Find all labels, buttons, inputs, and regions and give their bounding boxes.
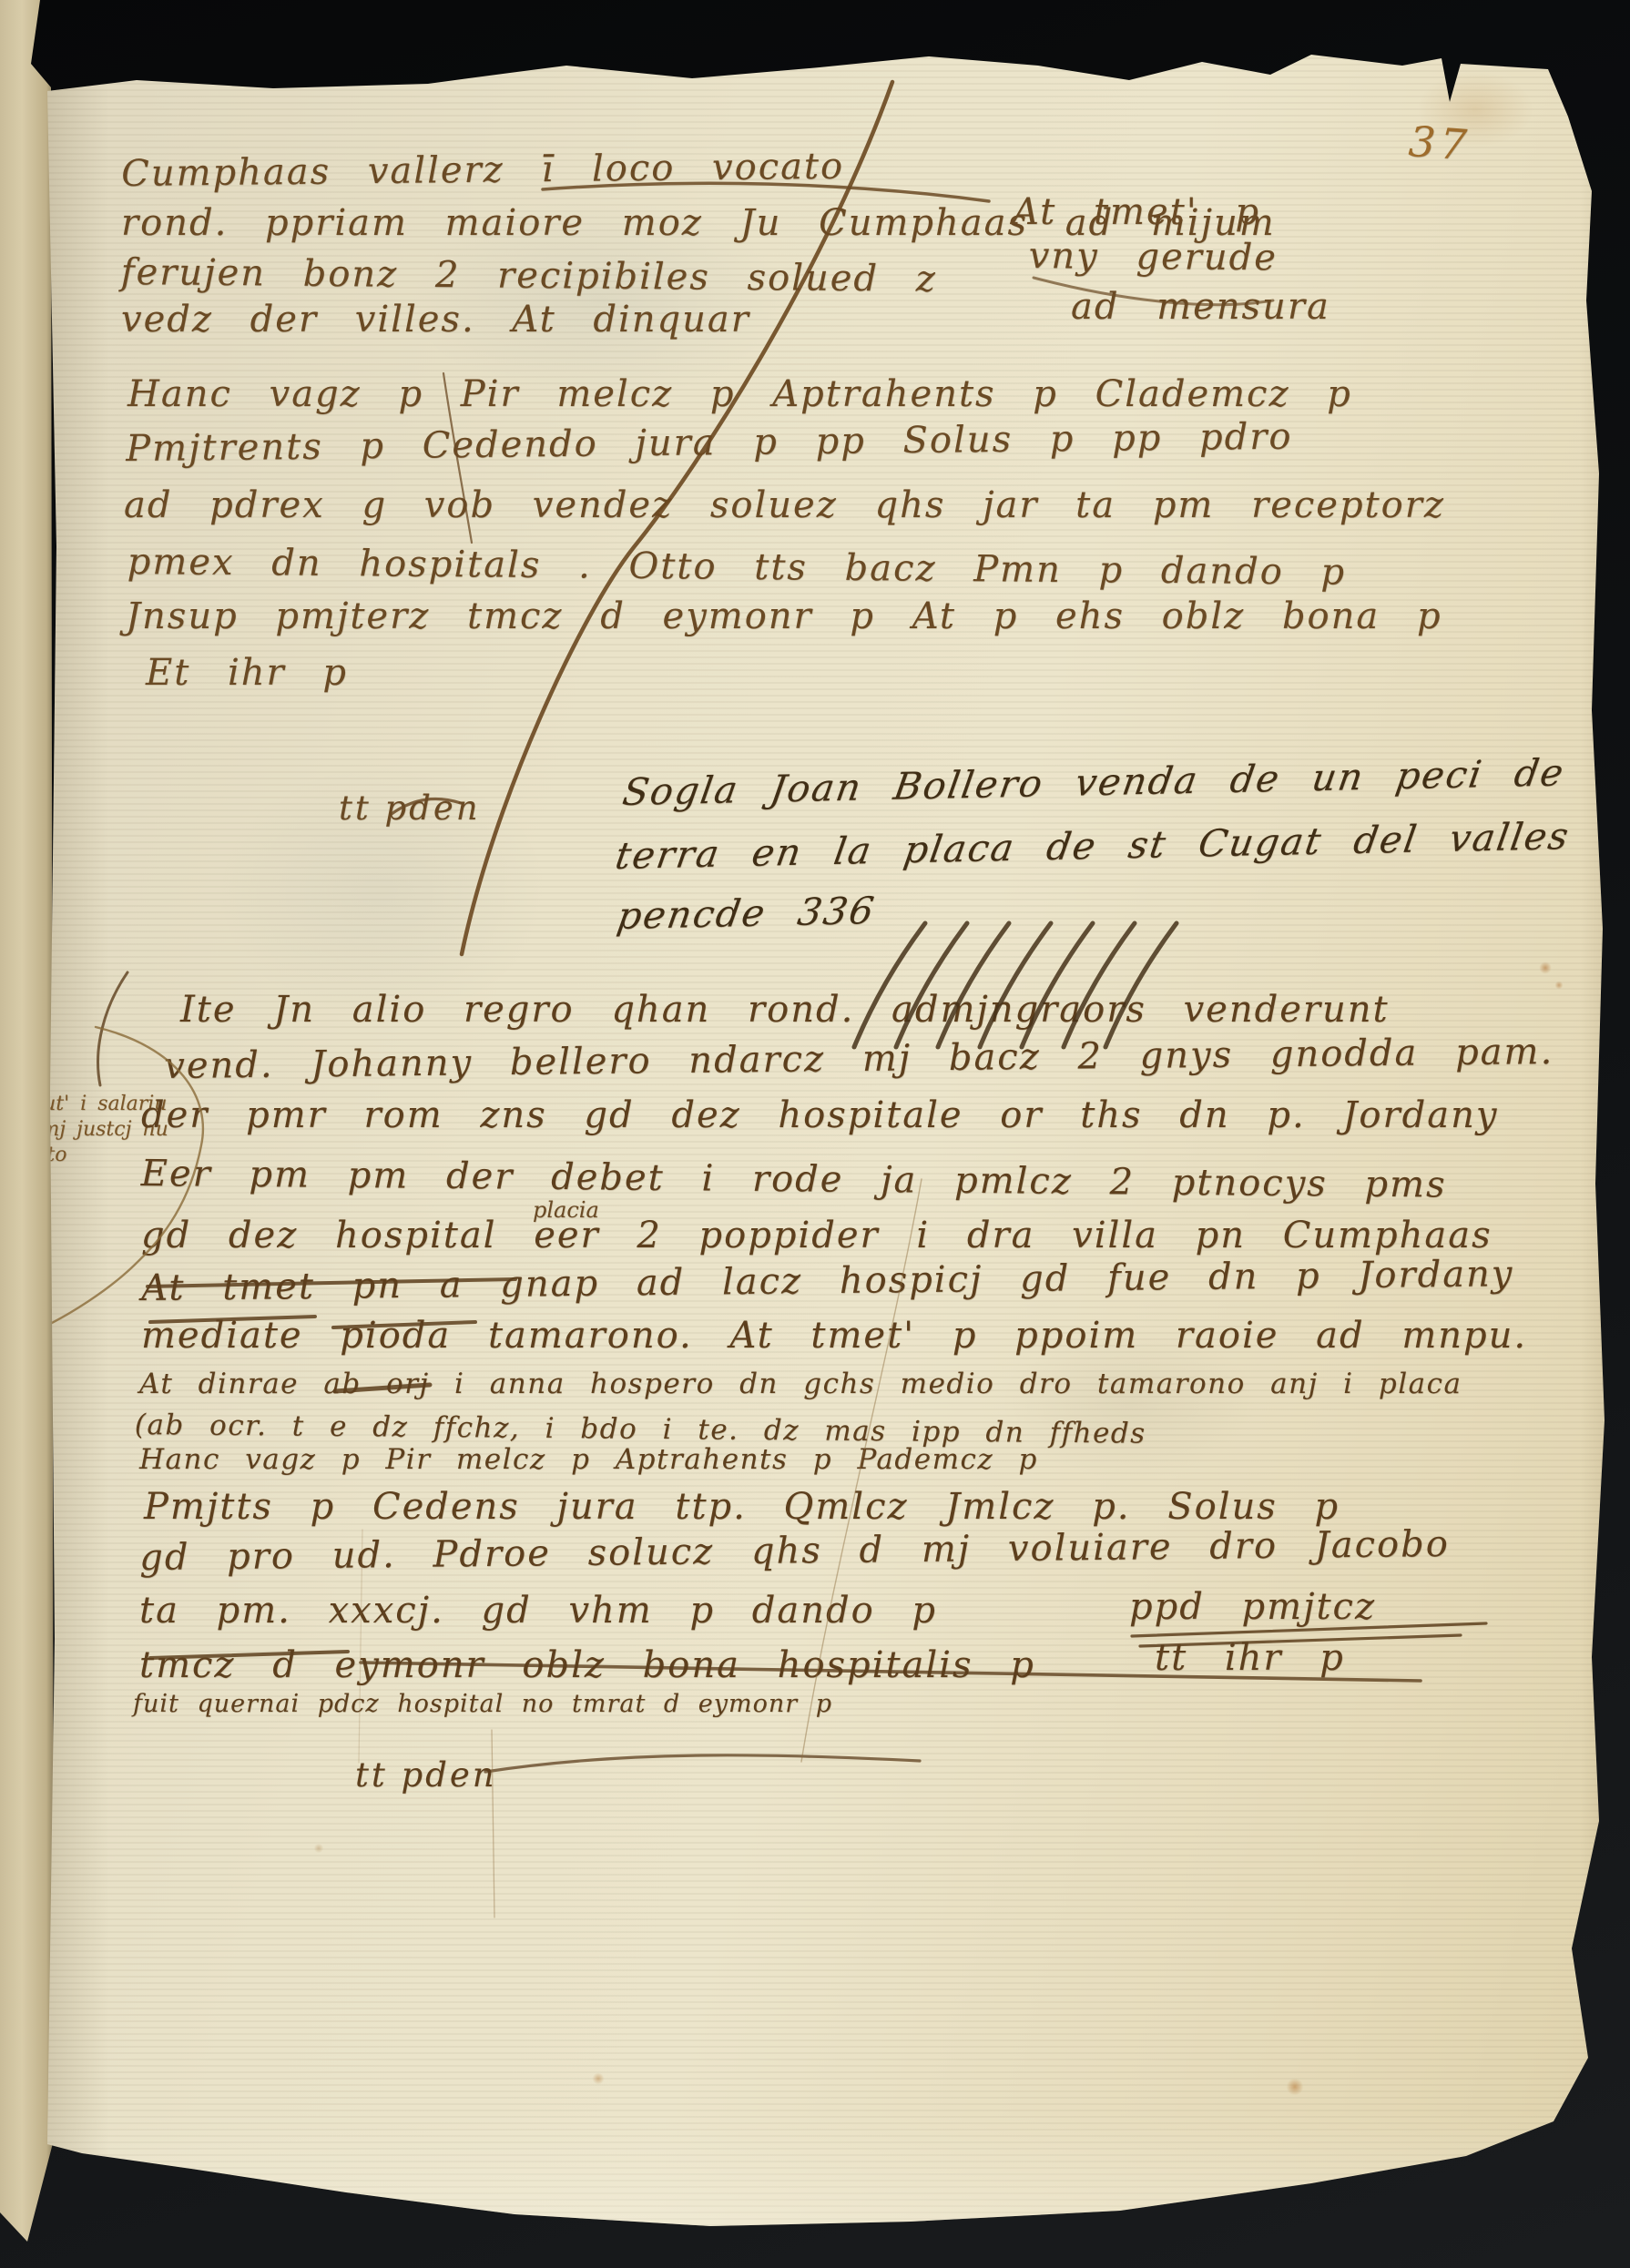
manuscript-line: ferujen bonz 2 recipibiles solued z	[121, 251, 937, 300]
manuscript-line: der pmr rom zns gd dez hospitale or ths …	[141, 1094, 1498, 1136]
manuscript-line: Et ihr p	[146, 652, 348, 694]
manuscript-line: vend. Johanny bellero ndarcz mj bacz 2 g…	[164, 1031, 1554, 1087]
manuscript-line: Ite Jn alio regro qhan rond. admjngraors…	[180, 989, 1390, 1031]
manuscript-line: tt ihr p	[1155, 1637, 1345, 1679]
manuscript-line: ad mensura	[1071, 286, 1330, 328]
manuscript-line: ppd pmjtcz	[1129, 1586, 1376, 1628]
manuscript-line: gd pro ud. Pdroe solucz qhs d mj voluiar…	[139, 1523, 1450, 1579]
manuscript-line: Pmjtts p Cedens jura ttp. Qmlcz Jmlcz p.…	[144, 1486, 1340, 1528]
manuscript-line: pmex dn hospitals . Otto tts bacz Pmn p …	[127, 541, 1347, 594]
later-annotation-line: Sogla Joan Bollero venda de un peci de	[620, 750, 1568, 814]
binding-edge	[0, 0, 55, 2249]
sign-off: tt pden	[339, 788, 481, 828]
manuscript-line: ta pm. xxxcj. gd vhm p dando p	[139, 1590, 937, 1632]
manuscript-line: tmcz d eymonr oblz bona hospitalis p	[139, 1644, 1035, 1686]
sign-off-swash	[485, 1755, 920, 1772]
manuscript-line: vny gerude	[1029, 235, 1279, 279]
folio-number: 37	[1407, 117, 1472, 170]
photograph-background: 37 Cumphaas vallerz ī loco vocato rond. …	[0, 0, 1630, 2268]
manuscript-line: Jnsup pmjterz tmcz d eymonr p At p ehs o…	[126, 595, 1442, 637]
later-annotation-line: terra en la placa de st Cugat del valles…	[613, 812, 1630, 878]
sign-off: tt pden	[355, 1755, 497, 1795]
manuscript-line: At tmet pn a gnap ad lacz hospicj gd fue…	[141, 1253, 1514, 1309]
manuscript-line: At tmet' p	[1013, 191, 1260, 233]
manuscript-line: Hanc vagz p Pir melcz p Aptrahents p Pad…	[139, 1443, 1038, 1476]
manuscript-page: 37 Cumphaas vallerz ī loco vocato rond. …	[0, 0, 1630, 2268]
manuscript-line: mediate pioda tamarono. At tmet' p ppoim…	[141, 1315, 1527, 1357]
manuscript-line: Hanc vagz p Pir melcz p Aptrahents p Cla…	[127, 373, 1352, 415]
later-annotation-line: pencde 336	[615, 889, 879, 938]
manuscript-line: vedz der villes. At dinquar	[121, 299, 750, 341]
ink-flourish	[98, 972, 127, 1085]
manuscript-line: Cumphaas vallerz ī loco vocato	[121, 146, 844, 195]
manuscript-line: At dinrae ab orj i anna hospero dn gchs …	[139, 1368, 1462, 1400]
manuscript-line: fuit quernai pdcz hospital no tmrat d ey…	[133, 1690, 832, 1718]
manuscript-line: Eer pm pm der debet i rode ja pmlcz 2 pt…	[141, 1153, 1447, 1206]
manuscript-line: ad pdrex g vob vendez soluez qhs jar ta …	[124, 484, 1445, 526]
manuscript-line: Pmjtrents p Cedendo jura p pp Solus p pp…	[126, 416, 1293, 470]
manuscript-line: gd dez hospital eer 2 poppider i dra vil…	[141, 1215, 1492, 1256]
